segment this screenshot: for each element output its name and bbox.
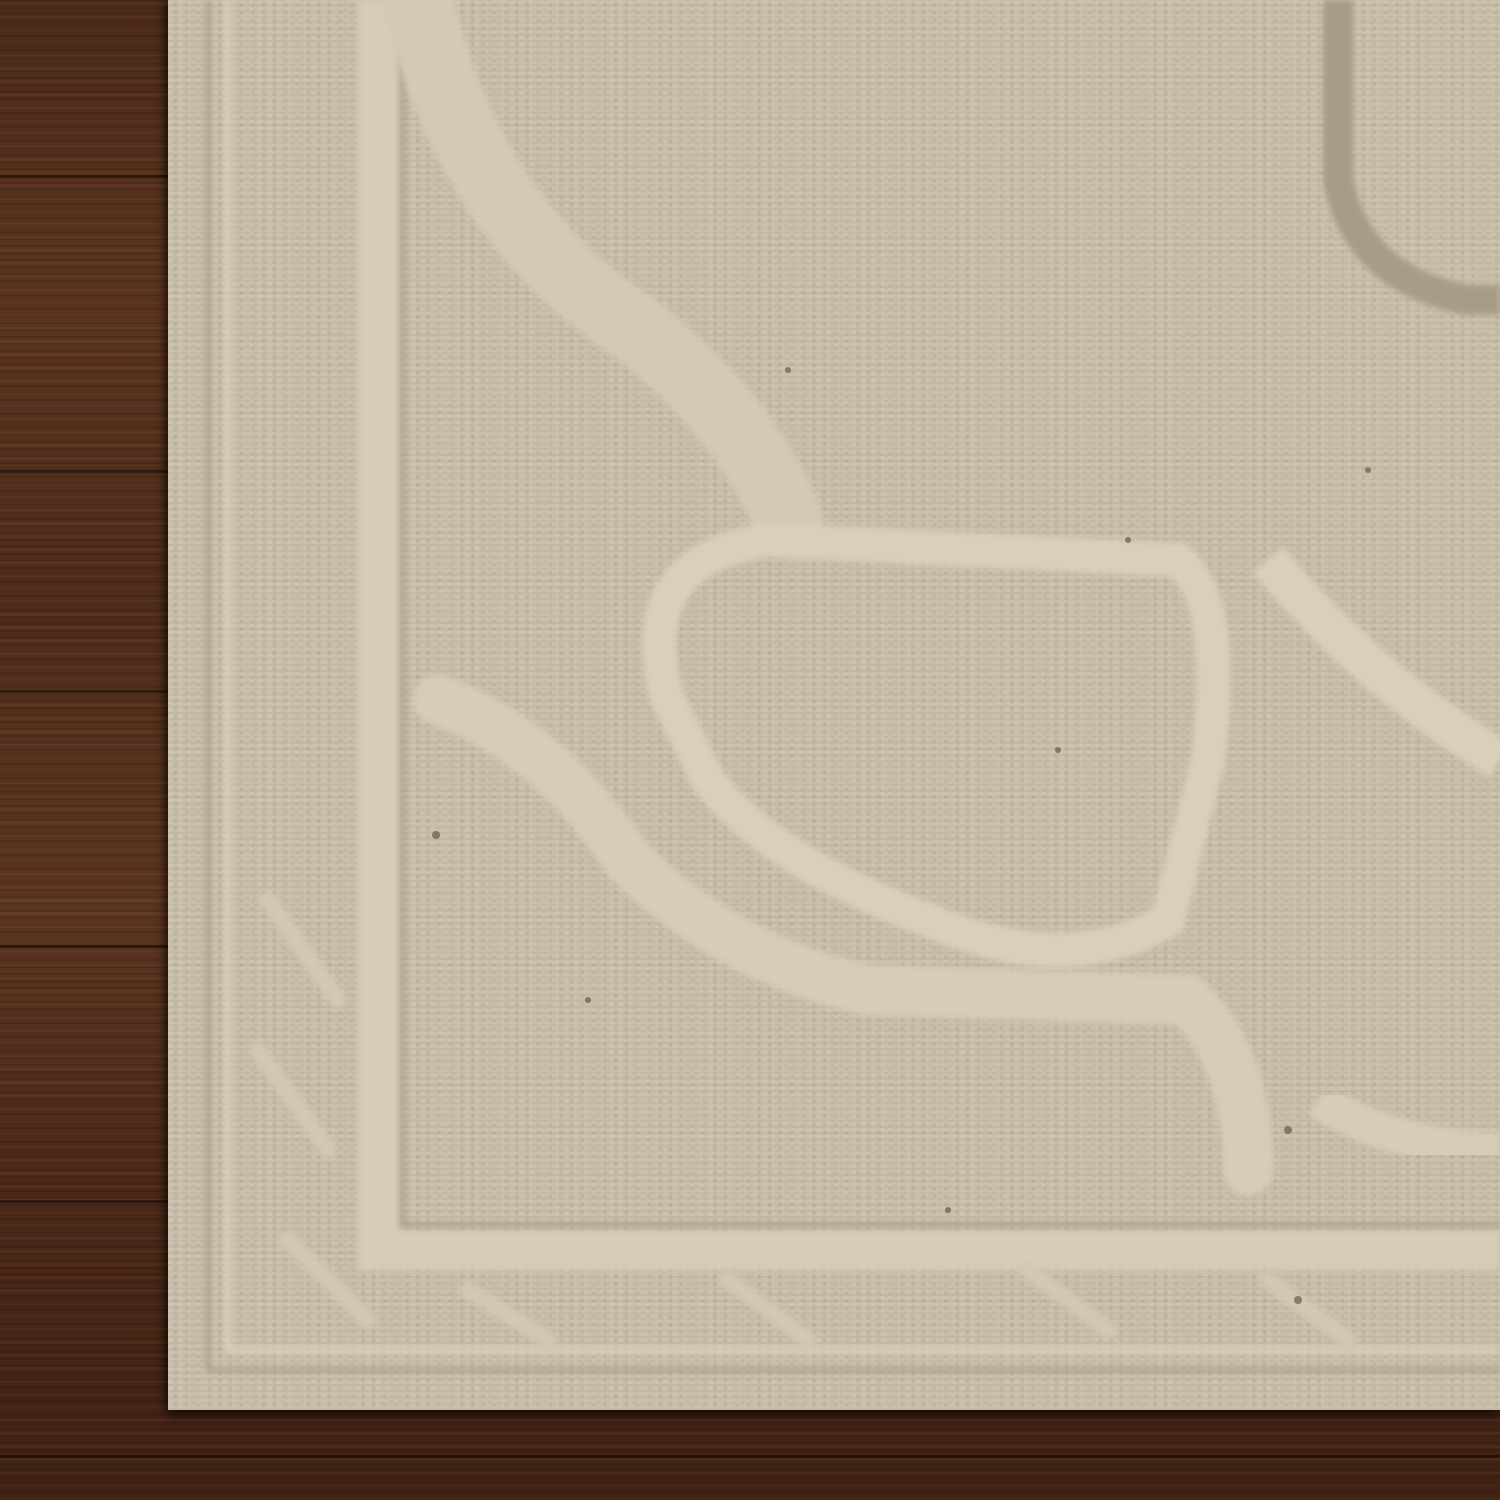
plank-seam: [0, 175, 168, 178]
plank-seam: [0, 1455, 1500, 1458]
rug-carved-pattern: [168, 0, 1500, 1410]
plank-seam: [0, 470, 168, 473]
rug: [168, 0, 1500, 1410]
plank-seam: [0, 945, 168, 948]
plank-seam: [0, 1200, 168, 1203]
photo-scene: [0, 0, 1500, 1500]
plank-seam: [0, 690, 168, 693]
